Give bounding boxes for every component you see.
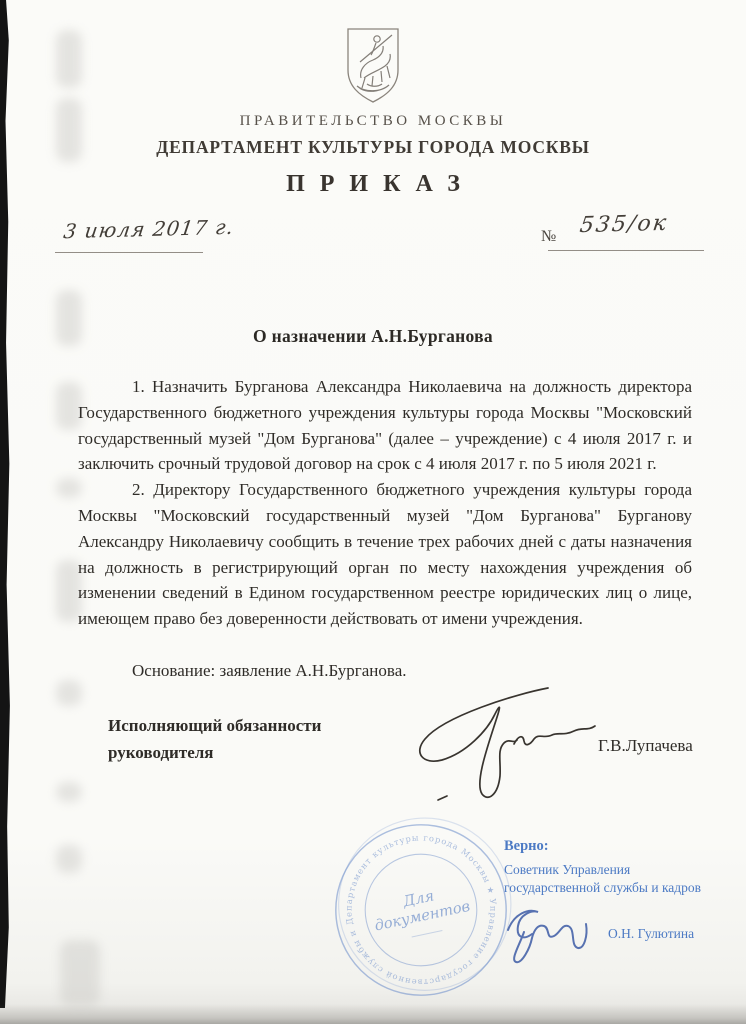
number-underline [548, 250, 704, 251]
order-title: О назначении А.Н.Бурганова [0, 326, 746, 347]
order-body: 1. Назначить Бурганова Александра Никола… [78, 374, 692, 684]
scanned-order-document: ПРАВИТЕЛЬСТВО МОСКВЫ ДЕПАРТАМЕНТ КУЛЬТУР… [0, 0, 746, 1024]
certification-title-line2: государственной службы и кадров [504, 879, 734, 897]
moscow-coat-of-arms-icon [340, 26, 406, 106]
scan-smudge [60, 940, 100, 1006]
document-type-title: ПРИКАЗ [0, 171, 746, 198]
government-line: ПРАВИТЕЛЬСТВО МОСКВЫ [0, 113, 746, 130]
certification-verno: Верно: [504, 838, 734, 855]
scan-smudge [56, 845, 82, 873]
handwritten-number: 535/ок [578, 211, 669, 238]
signer-position-line1: Исполняющий обязанности [108, 712, 321, 739]
document-header: ПРАВИТЕЛЬСТВО МОСКВЫ ДЕПАРТАМЕНТ КУЛЬТУР… [0, 26, 746, 198]
department-line: ДЕПАРТАМЕНТ КУЛЬТУРЫ ГОРОДА МОСКВЫ [0, 137, 746, 158]
handwritten-date: 3 июля 2017 г. [62, 215, 235, 243]
scan-smudge [56, 782, 82, 802]
certification-title-line1: Советник Управления [504, 861, 734, 879]
signer-name: Г.В.Лупачева [598, 736, 693, 756]
number-sign: № [541, 228, 556, 246]
order-paragraph-1: 1. Назначить Бурганова Александра Никола… [78, 374, 692, 477]
order-paragraph-2: 2. Директору Государственного бюджетного… [78, 477, 692, 632]
certifier-name: О.Н. Гулютина [608, 926, 694, 942]
scan-smudge [56, 680, 82, 706]
signer-position: Исполняющий обязанности руководителя [108, 712, 321, 766]
date-underline [55, 252, 203, 253]
director-signature [398, 676, 610, 808]
certification-block: Верно: Советник Управления государственн… [504, 838, 734, 896]
certifier-signature [494, 896, 614, 970]
signer-position-line2: руководителя [108, 739, 321, 766]
